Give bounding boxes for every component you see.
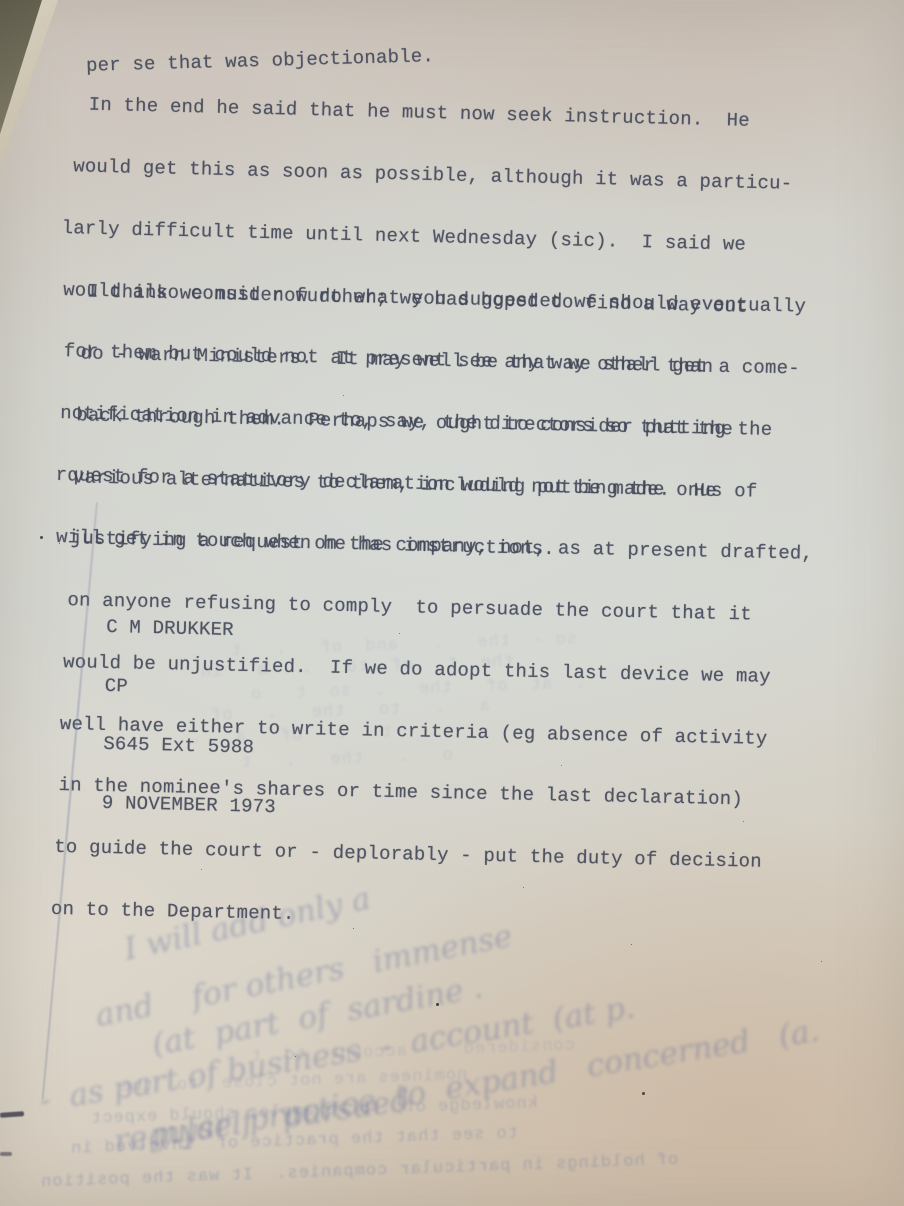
margin-dash-mark-small [0,1152,12,1156]
typed-line: justifying a request on the company, not… [71,529,814,565]
typed-line: In the end he said that he must now seek… [88,95,794,133]
signature-date: 9 NOVEMBER 1973 [102,793,276,817]
typed-line: I think we must now do what you suggeste… [87,282,819,318]
typed-line: do - warn Ministers. It may well be that… [80,343,817,379]
typed-line: various alternatives to them, including … [73,467,815,503]
ink-speck-layer [40,536,43,539]
document-photo: per se that was objectionable. In the en… [0,0,904,1206]
signature-name: C M DRUKKER [106,618,280,642]
typed-line: would get this as soon as possible, alth… [73,156,793,194]
typed-line: back through them. Perhaps we ought to c… [76,405,816,441]
